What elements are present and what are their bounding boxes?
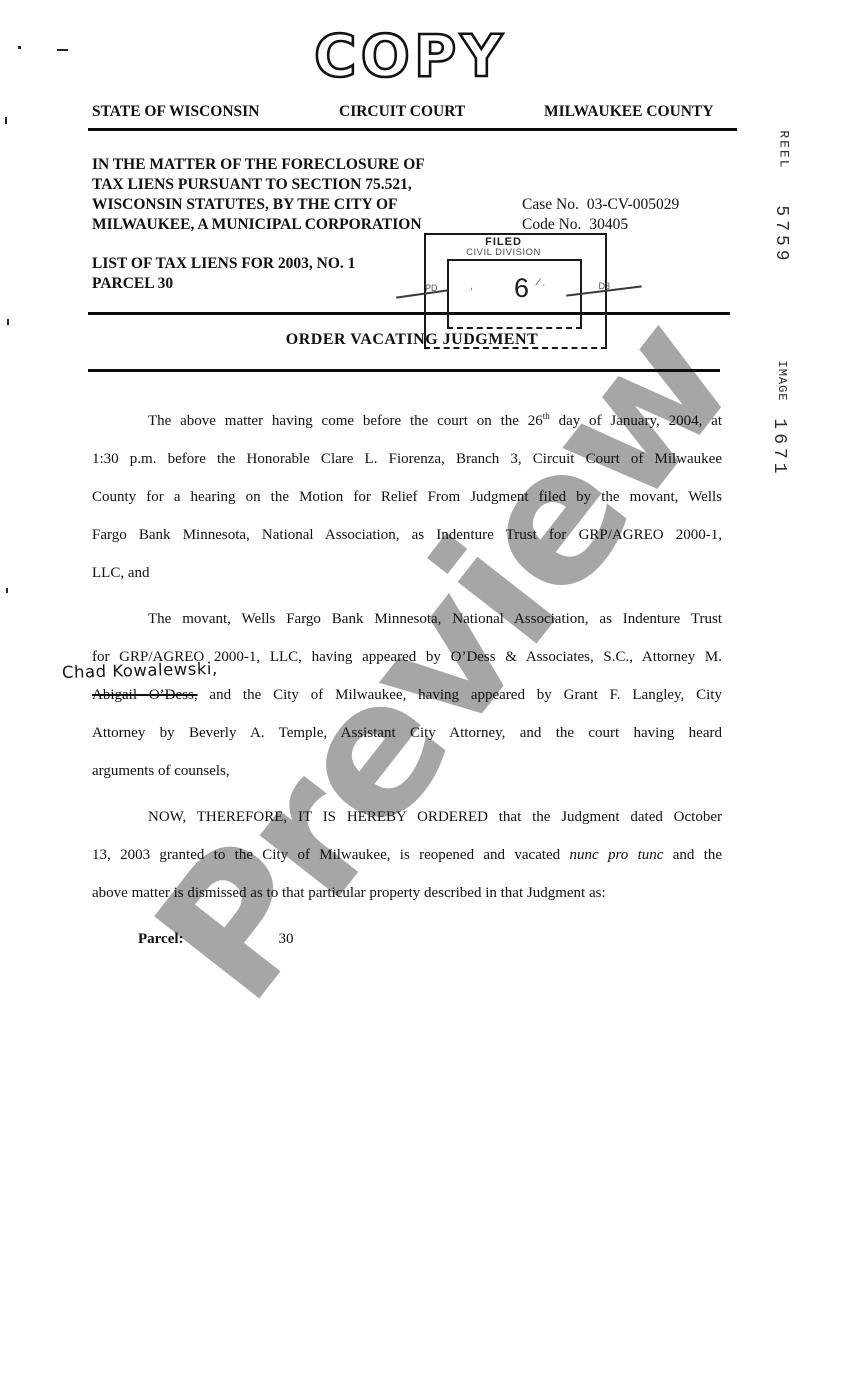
code-number-line: Code No.30405 bbox=[522, 215, 679, 235]
tax-lien-list-caption: LIST OF TAX LIENS FOR 2003, NO. 1 PARCEL… bbox=[92, 254, 355, 294]
header-county: MILWAUKEE COUNTY bbox=[544, 103, 714, 121]
scan-speck bbox=[7, 319, 9, 325]
document-title: ORDER VACATING JUDGMENT bbox=[88, 331, 736, 349]
paragraph: The above matter having come before the … bbox=[92, 402, 722, 592]
filed-stamp-number: 6 bbox=[514, 273, 529, 304]
paragraph: NOW, THEREFORE, IT IS HEREBY ORDERED tha… bbox=[92, 798, 722, 912]
body-text-segment: day of January, 2004, at bbox=[550, 413, 722, 429]
body-line: 1:30 p.m. before the Honorable Clare L. … bbox=[92, 440, 722, 478]
matter-line: TAX LIENS PURSUANT TO SECTION 75.521, bbox=[92, 175, 425, 195]
matter-caption: IN THE MATTER OF THE FORECLOSURE OF TAX … bbox=[92, 155, 425, 235]
list-line: PARCEL 30 bbox=[92, 274, 355, 294]
body-text-segment: and the bbox=[663, 847, 722, 863]
header-rule bbox=[88, 128, 737, 131]
handwritten-correction: Chad Kowalewski, bbox=[62, 661, 218, 682]
case-number-block: Case No.03-CV-005029 Code No.30405 bbox=[522, 195, 679, 235]
paragraph: The movant, Wells Fargo Bank Minnesota, … bbox=[92, 600, 722, 790]
rule-below-title bbox=[88, 369, 720, 372]
case-no-label: Case No. bbox=[522, 196, 579, 213]
matter-line: MILWAUKEE, A MUNICIPAL CORPORATION bbox=[92, 215, 425, 235]
body-line: LLC, and bbox=[92, 554, 722, 592]
body-line: Attorney by Beverly A. Temple, Assistant… bbox=[92, 714, 722, 752]
body-line: The movant, Wells Fargo Bank Minnesota, … bbox=[92, 600, 722, 638]
header-court: CIRCUIT COURT bbox=[339, 103, 465, 121]
code-no-value: 30405 bbox=[589, 216, 628, 233]
body-line-with-correction: Chad Kowalewski,Abigail O’Dess, and the … bbox=[92, 676, 722, 714]
matter-line: IN THE MATTER OF THE FORECLOSURE OF bbox=[92, 155, 425, 175]
stamp-noise-mark: , bbox=[470, 280, 473, 292]
scan-speck bbox=[5, 117, 7, 124]
code-no-label: Code No. bbox=[522, 216, 581, 233]
body-text-segment: The above matter having come before the … bbox=[148, 413, 543, 429]
filed-stamp-box: FILED CIVIL DIVISION 6 PD D3 bbox=[424, 233, 607, 349]
filed-stamp-header: FILED CIVIL DIVISION bbox=[426, 236, 581, 258]
body-line: The above matter having come before the … bbox=[92, 402, 722, 440]
parcel-value: 30 bbox=[279, 931, 294, 947]
ordinal-superscript: th bbox=[543, 411, 550, 421]
copy-stamp: COPY bbox=[314, 22, 506, 90]
body-line: Fargo Bank Minnesota, National Associati… bbox=[92, 516, 722, 554]
case-no-value: 03-CV-005029 bbox=[587, 196, 679, 213]
civil-division-label: CIVIL DIVISION bbox=[426, 247, 581, 258]
microfilm-image-number: 1671 bbox=[769, 418, 789, 477]
body-line: County for a hearing on the Motion for R… bbox=[92, 478, 722, 516]
parcel-label: Parcel: bbox=[138, 931, 184, 947]
scan-speck bbox=[18, 46, 21, 49]
order-body: The above matter having come before the … bbox=[92, 402, 722, 958]
body-line: above matter is dismissed as to that par… bbox=[92, 874, 722, 912]
latin-phrase: nunc pro tunc bbox=[570, 847, 664, 863]
parcel-row: Parcel:30 bbox=[92, 920, 722, 958]
microfilm-reel-number: 5759 bbox=[771, 205, 791, 264]
body-text-segment: and the City of Milwaukee, having appear… bbox=[198, 687, 722, 703]
scanned-court-document-page: { "document": { "copy_stamp": "COPY", "c… bbox=[0, 0, 853, 1400]
scan-speck bbox=[57, 49, 68, 51]
microfilm-image-label: IMAGE bbox=[775, 360, 789, 401]
header-state: STATE OF WISCONSIN bbox=[92, 103, 259, 121]
body-line: NOW, THEREFORE, IT IS HEREBY ORDERED tha… bbox=[92, 798, 722, 836]
matter-line: WISCONSIN STATUTES, BY THE CITY OF bbox=[92, 195, 425, 215]
scan-speck bbox=[6, 588, 8, 593]
list-line: LIST OF TAX LIENS FOR 2003, NO. 1 bbox=[92, 254, 355, 274]
body-line: 13, 2003 granted to the City of Milwauke… bbox=[92, 836, 722, 874]
body-text-segment: 13, 2003 granted to the City of Milwauke… bbox=[92, 847, 570, 863]
struck-text: Abigail O’Dess, bbox=[92, 687, 198, 703]
body-line: arguments of counsels, bbox=[92, 752, 722, 790]
case-number-line: Case No.03-CV-005029 bbox=[522, 195, 679, 215]
rule-above-title bbox=[88, 312, 730, 315]
microfilm-reel-label: REEL bbox=[777, 130, 792, 169]
